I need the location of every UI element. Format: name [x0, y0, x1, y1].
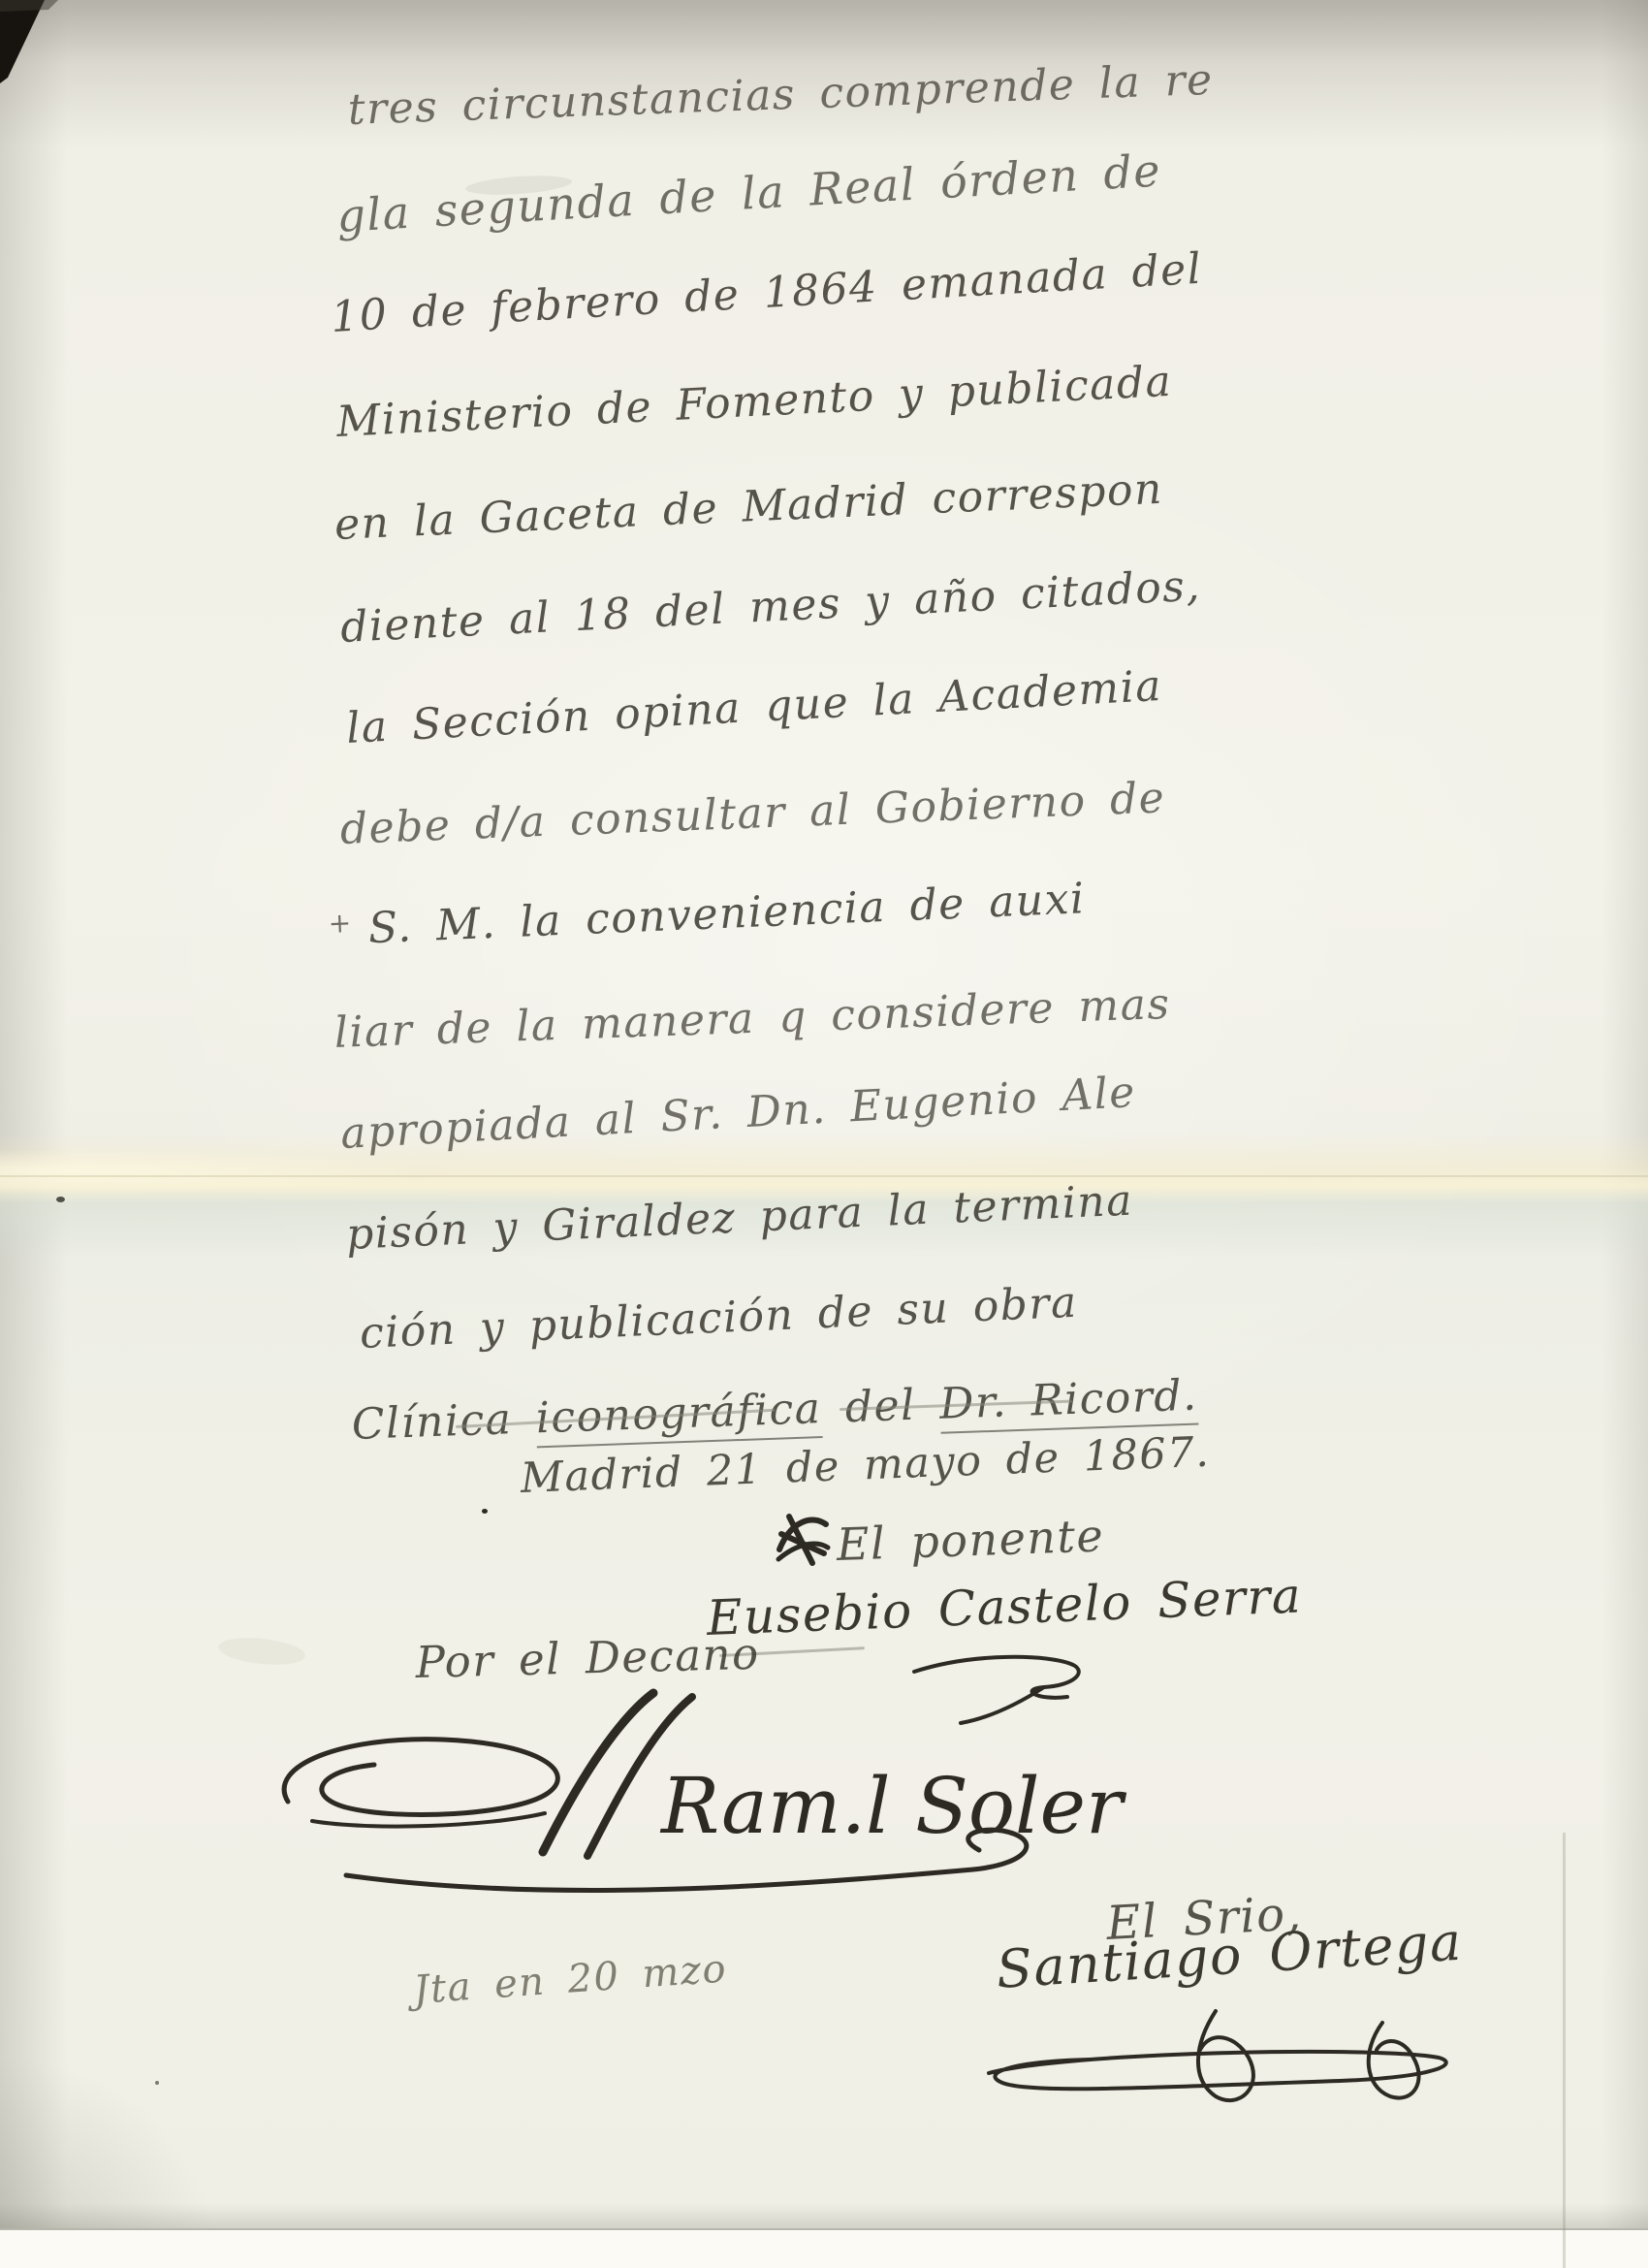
page-edge-line	[1563, 1833, 1566, 2268]
insertion-mark: +	[328, 907, 353, 940]
manuscript-line-5: en la Gaceta de Madrid correspon	[333, 464, 1164, 550]
decano-label: Por el Decano	[415, 1628, 760, 1688]
decano-signature-flourish: Ram.l Soler	[254, 1685, 1059, 1903]
ink-speck	[155, 2081, 159, 2085]
manuscript-line-4: Ministerio de Fomento y publicada	[335, 357, 1173, 447]
scan-corner-shadow	[0, 2056, 223, 2268]
ink-speck	[56, 1197, 65, 1202]
paper-stain	[217, 1634, 306, 1668]
manuscript-line-9: +S. M. la conveniencia de auxi	[328, 874, 1087, 955]
manuscript-line-1: tres circunstancias comprende la re	[347, 55, 1214, 135]
marginal-note: Jta en 20 mzo	[412, 1946, 728, 2012]
ponente-label: El ponente	[836, 1509, 1105, 1571]
manuscript-line-6: diente al 18 del mes y año citados,	[339, 561, 1202, 653]
decano-signature-text: Ram.l Soler	[659, 1761, 1127, 1851]
manuscript-line-13: ción y publicación de su obra	[359, 1278, 1079, 1358]
secretary-signature: Santiago Ortega	[995, 1911, 1464, 2000]
scan-corner-artifact	[0, 0, 58, 87]
ink-speck	[482, 1509, 488, 1514]
manuscript-line-12: pisón y Giraldez para la termina	[345, 1176, 1134, 1260]
fold-crease-line	[0, 1175, 1648, 1177]
scan-left-shadow	[0, 0, 68, 2268]
manuscript-line-8: debe d/a consultar al Gobierno de	[339, 773, 1166, 854]
manuscript-line-9-text: S. M. la conveniencia de auxi	[367, 874, 1087, 953]
manuscript-line-3: 10 de febrero de 1864 emanada del	[330, 244, 1204, 342]
scan-bottom-shadow	[0, 2203, 1648, 2228]
manuscript-line-10: liar de la manera q considere mas	[333, 979, 1171, 1058]
ink-blot-scribble	[774, 1509, 830, 1567]
secretary-signature-rubric	[971, 2005, 1471, 2122]
manuscript-line-2: gla segunda de la Real órden de	[335, 144, 1162, 241]
scan-bottom-edge	[0, 2228, 1648, 2268]
ponente-signature: Eusebio Castelo Serra	[706, 1567, 1303, 1646]
manuscript-line-11: apropiada al Sr. Dn. Eugenio Ale	[339, 1068, 1137, 1159]
manuscript-line-7: la Sección opina que la Academia	[345, 661, 1163, 753]
scan-right-shadow	[1601, 0, 1648, 2268]
scanned-letter-page: tres circunstancias comprende la re gla …	[0, 0, 1648, 2268]
